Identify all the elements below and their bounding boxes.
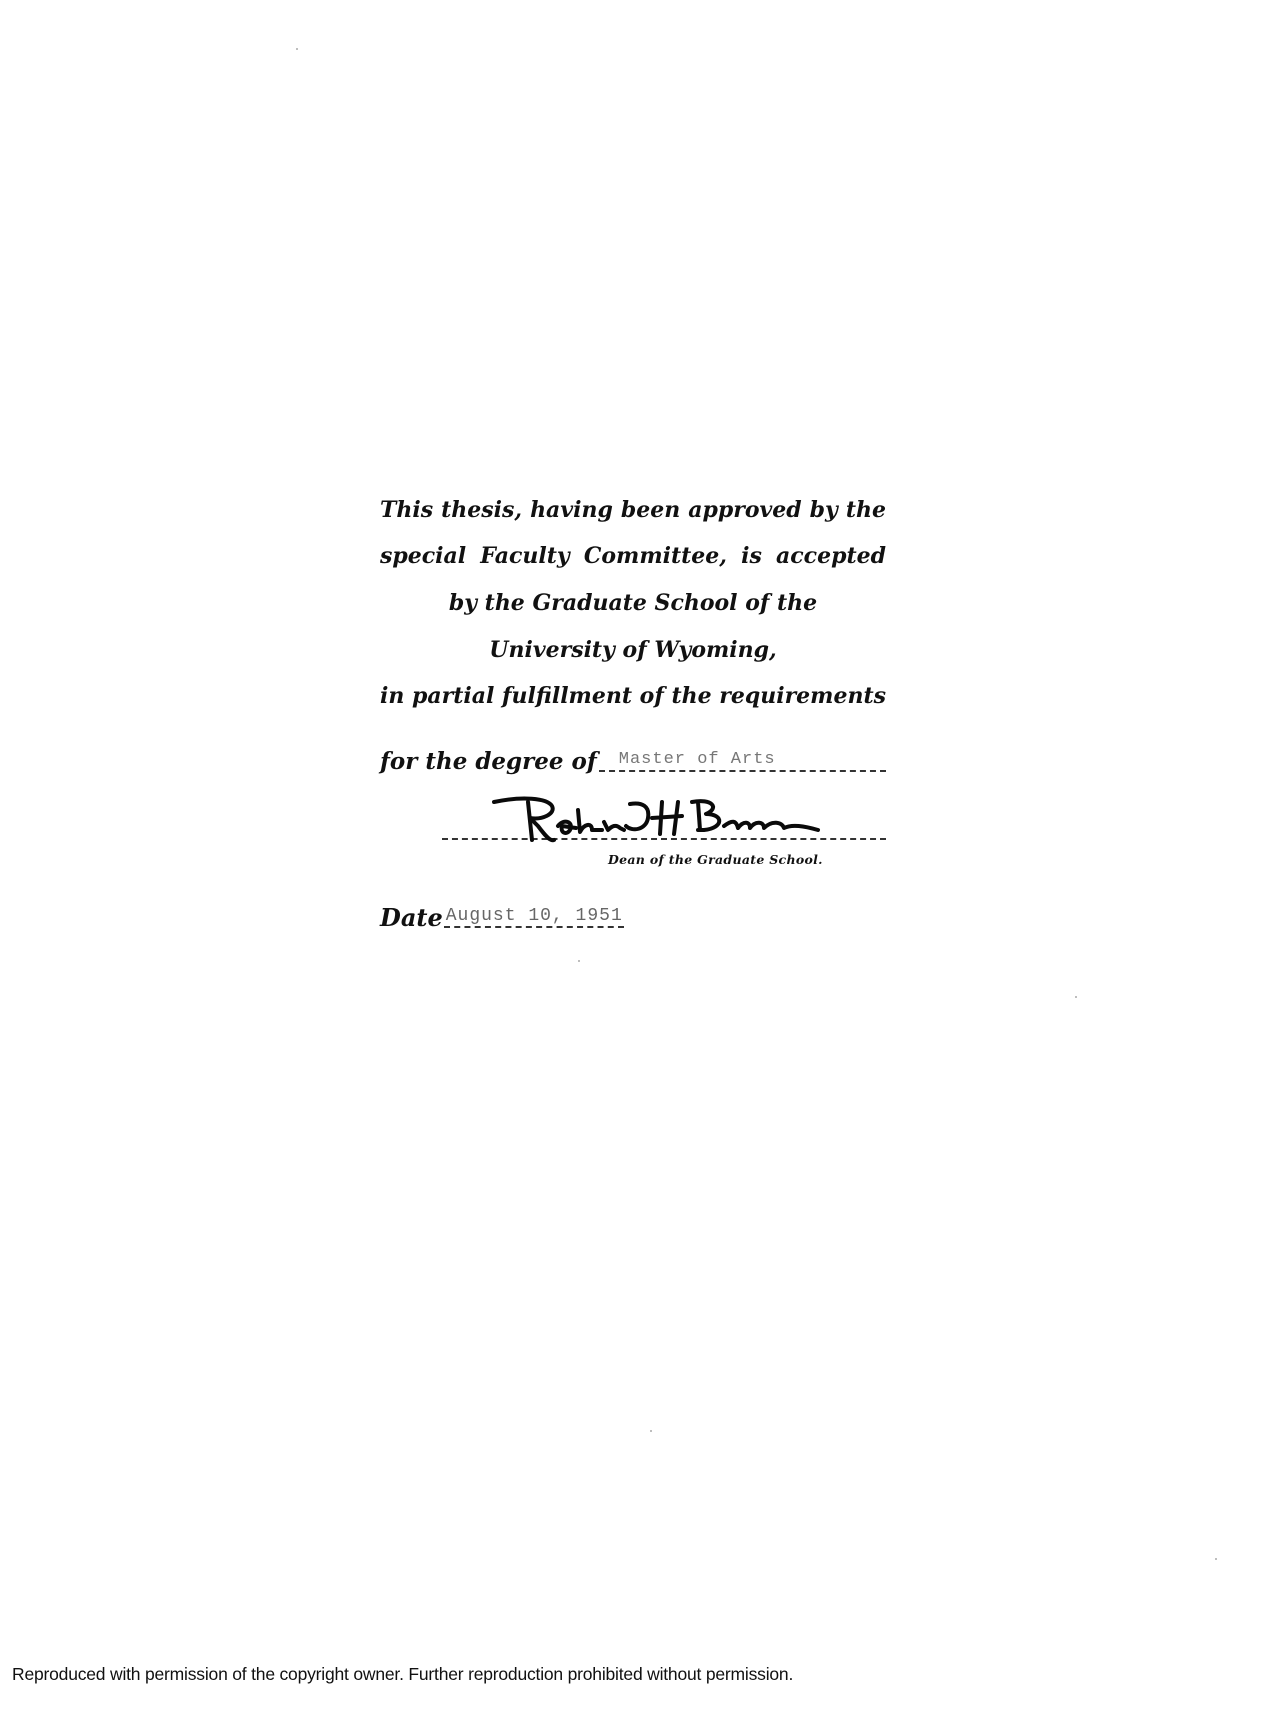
degree-label: for the degree of [380, 748, 597, 776]
document-page: This thesis, having been approved by the… [0, 0, 1273, 1711]
certificate-line-2: special Faculty Committee, is accepted [380, 542, 886, 570]
certificate-line-1: This thesis, having been approved by the [380, 496, 886, 524]
handwritten-signature [492, 796, 822, 848]
scan-speck [296, 48, 298, 50]
date-field: Date August 10, 1951 [380, 901, 624, 933]
scan-speck [1215, 1558, 1217, 1560]
certificate-line-4: University of Wyoming, [380, 636, 886, 664]
copyright-notice: Reproduced with permission of the copyri… [12, 1664, 793, 1685]
scan-speck [650, 1430, 652, 1432]
date-label: Date [380, 903, 443, 933]
signature-title: Dean of the Graduate School. [608, 852, 823, 868]
date-value: August 10, 1951 [446, 906, 623, 926]
certificate-line-3: by the Graduate School of the [380, 589, 886, 617]
scan-speck [1075, 996, 1077, 998]
certificate-line-5: in partial fulfillment of the requiremen… [380, 682, 886, 710]
scan-speck [578, 960, 580, 962]
signature-field [442, 796, 886, 846]
degree-blank-line: Master of Arts [599, 744, 886, 772]
degree-field: for the degree of Master of Arts [380, 746, 886, 776]
degree-value: Master of Arts [619, 750, 776, 769]
date-blank-line: August 10, 1951 [444, 900, 624, 928]
